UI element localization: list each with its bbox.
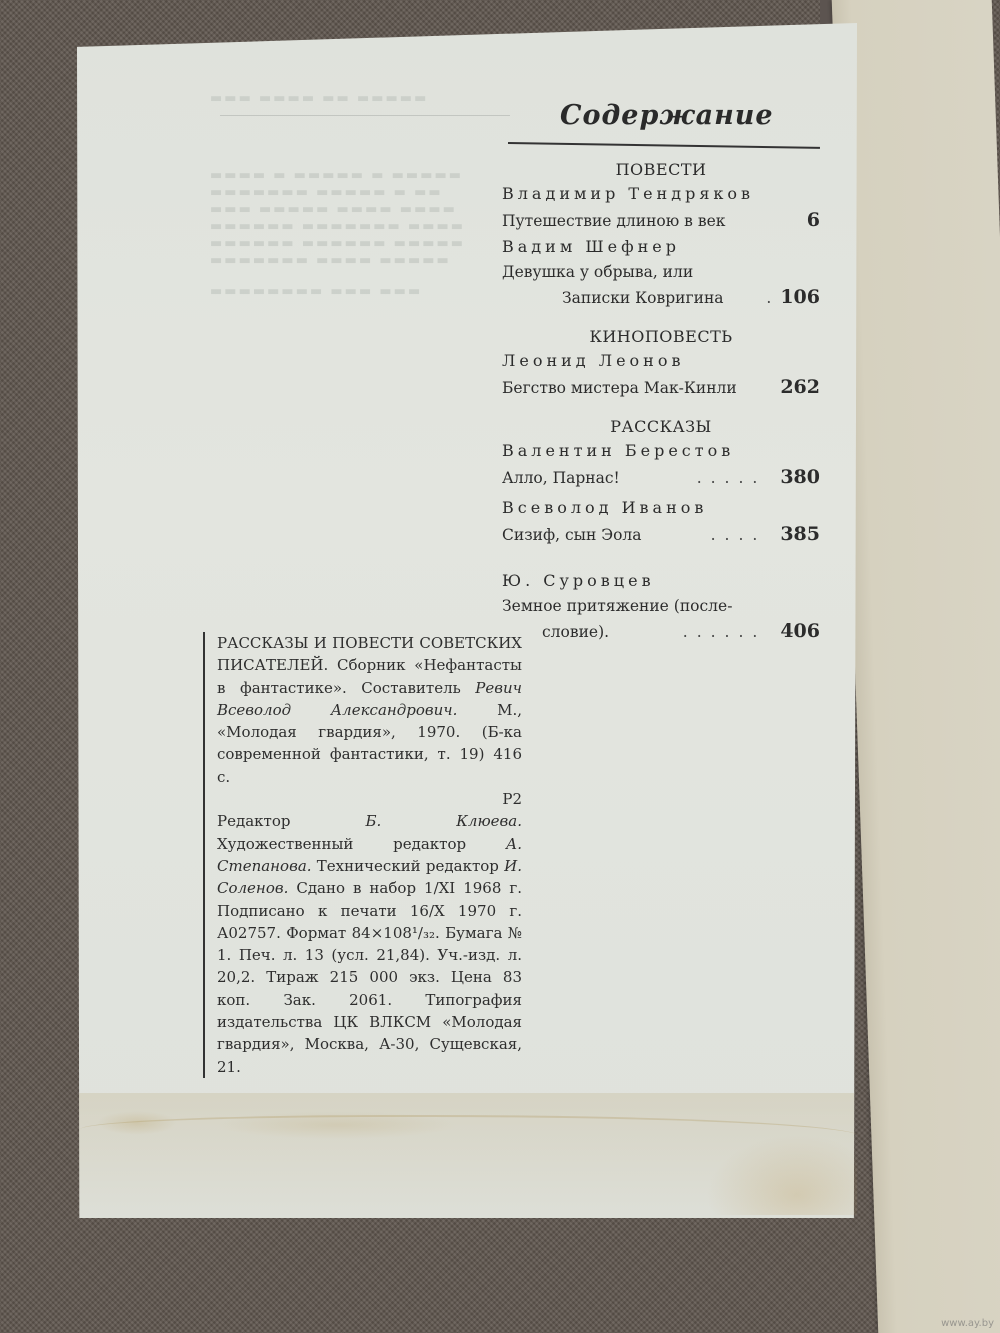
toc-entry[interactable]: Сизиф, сын Эола .... 385 [502, 521, 820, 548]
toc-entry-title: Путешествие длиною в век [502, 208, 807, 234]
toc-leader-dots: ...... [683, 619, 767, 645]
tech-editor-label: Технический редактор [317, 857, 499, 875]
toc-entry-page: 6 [807, 207, 820, 233]
toc-entry[interactable]: Записки Ковригина . 106 [502, 284, 820, 311]
toc-entry-title-line2: словие). [502, 619, 683, 645]
toc-author: Ю. Суровцев [502, 568, 820, 594]
toc-entry[interactable]: Бегство мистера Мак-Кинли 262 [502, 374, 820, 401]
toc-entry-title-line1[interactable]: Девушка у обрыва, или [502, 260, 820, 284]
imprint-details: Сдано в набор 1/XI 1968 г. Подписано к п… [217, 879, 522, 1075]
section-heading-rasskazy: РАССКАЗЫ [502, 417, 820, 436]
toc-entry[interactable]: Путешествие длиною в век 6 [502, 207, 820, 234]
section-heading-kinopovest: КИНОПОВЕСТЬ [502, 327, 820, 346]
toc-entry-title-line2: Записки Ковригина [502, 285, 766, 311]
toc-entry-title: Сизиф, сын Эола [502, 522, 711, 548]
toc-title: Содержание [560, 100, 774, 131]
toc-author: Владимир Тендряков [502, 181, 820, 207]
toc-entry-page: 385 [780, 521, 820, 547]
art-editor-label: Художественный редактор [217, 835, 466, 853]
imprint-code: Р2 [217, 788, 522, 810]
toc-entry-page: 380 [780, 464, 820, 490]
imprint-block: РАССКАЗЫ И ПОВЕСТИ СОВЕТСКИХ ПИСАТЕЛЕЙ. … [203, 632, 522, 1078]
toc-entry-page: 262 [780, 374, 820, 400]
toc-leader-dots: .... [711, 522, 767, 548]
editor-label: Редактор [217, 812, 290, 830]
editor-name: Б. Клюева. [366, 812, 523, 830]
toc-leader-dots: . [766, 285, 780, 311]
section-heading-povesti: ПОВЕСТИ [502, 160, 820, 179]
imprint-text: РАССКАЗЫ И ПОВЕСТИ СОВЕТСКИХ ПИСАТЕЛЕЙ. … [217, 632, 522, 788]
toc-entry-title-line1[interactable]: Земное притяжение (после- [502, 594, 820, 618]
table-of-contents: ПОВЕСТИ Владимир Тендряков Путешествие д… [502, 160, 820, 645]
toc-entry-page: 406 [780, 618, 820, 644]
toc-entry[interactable]: Алло, Парнас! ..... 380 [502, 464, 820, 491]
toc-entry[interactable]: словие). ...... 406 [502, 618, 820, 645]
bleed-through-text: ▬▬▬ ▬▬▬▬ ▬▬ ▬▬▬▬▬ ▬▬▬▬ ▬ ▬▬▬▬▬ ▬ ▬▬▬▬▬ ▬… [210, 90, 480, 300]
water-stain-edge [80, 1115, 860, 1187]
toc-entry-title: Бегство мистера Мак-Кинли [502, 375, 780, 401]
toc-author: Леонид Леонов [502, 348, 820, 374]
toc-author: Вадим Шефнер [502, 234, 820, 260]
toc-author: Всеволод Иванов [502, 495, 820, 521]
toc-entry-page: 106 [780, 284, 820, 310]
toc-author: Валентин Берестов [502, 438, 820, 464]
imprint-credits: Редактор Б. Клюева. Художественный редак… [217, 810, 522, 1078]
toc-leader-dots: ..... [697, 465, 767, 491]
toc-entry-title: Алло, Парнас! [502, 465, 697, 491]
watermark: www.ay.by [941, 1318, 994, 1329]
